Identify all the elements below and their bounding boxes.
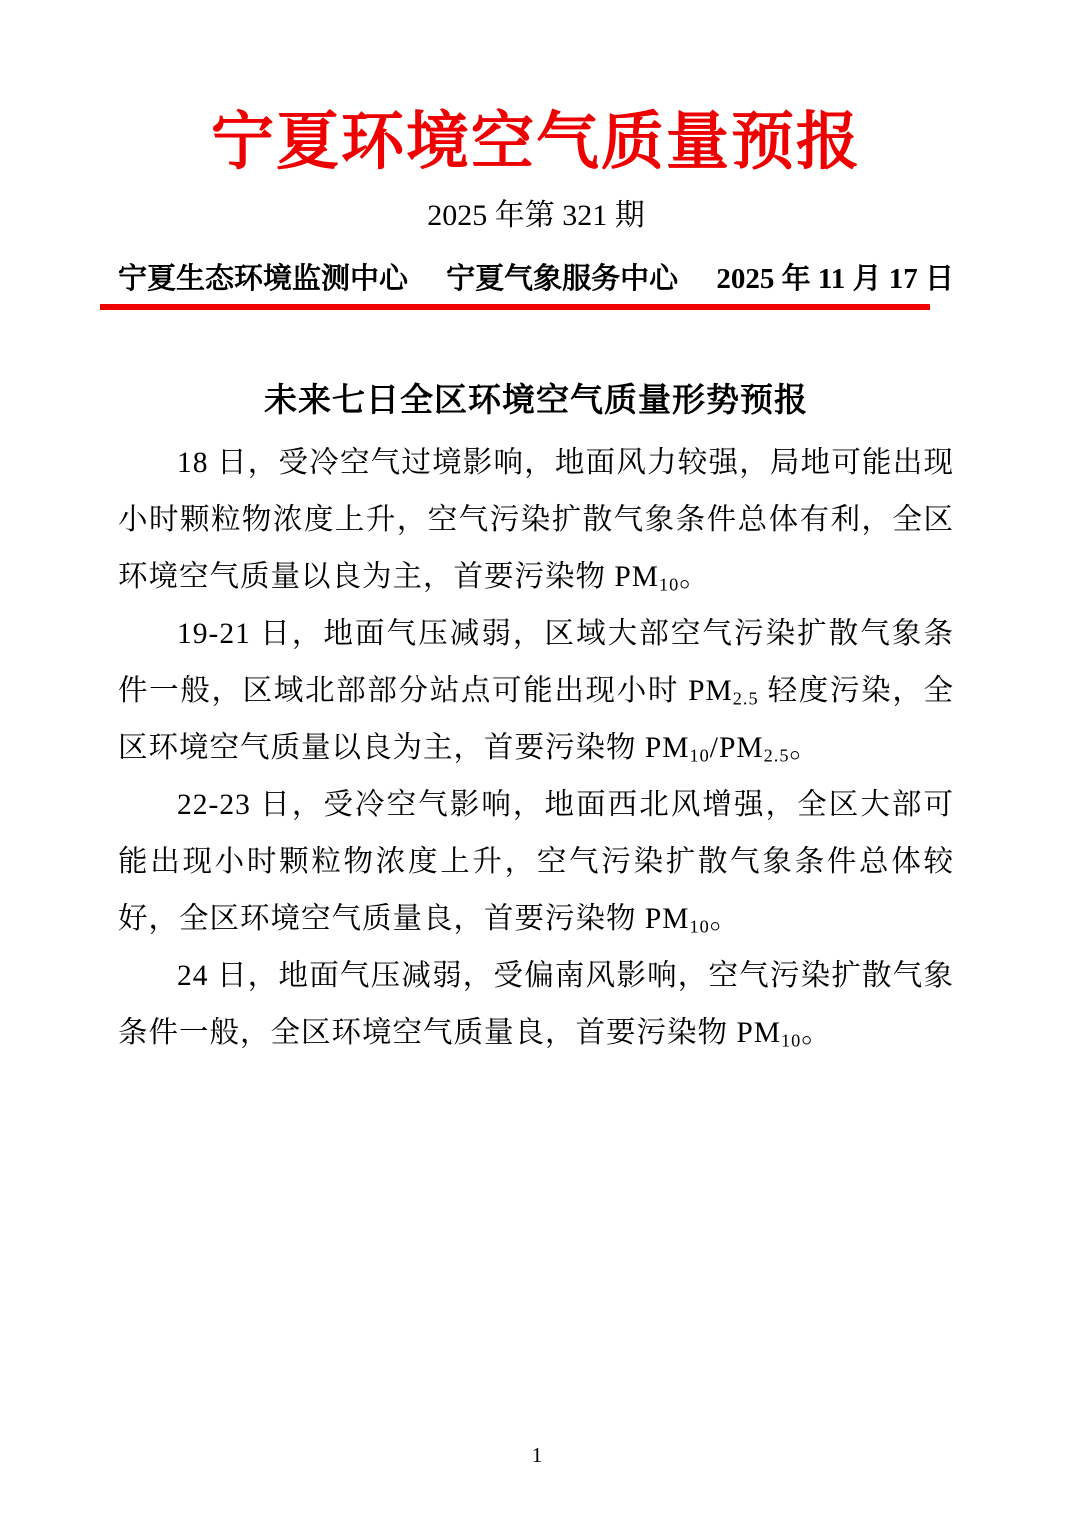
body-paragraphs: 18 日，受冷空气过境影响，地面风力较强，局地可能出现小时颗粒物浓度上升，空气污… (118, 435, 954, 1062)
forecast-paragraph: 18 日，受冷空气过境影响，地面风力较强，局地可能出现小时颗粒物浓度上升，空气污… (118, 435, 954, 606)
forecast-paragraph: 22-23 日，受冷空气影响，地面西北风增强，全区大部可能出现小时颗粒物浓度上升… (118, 777, 954, 948)
issue-date: 2025 年 11 月 17 日 (716, 256, 954, 297)
document-title: 宁夏环境空气质量预报 (118, 0, 954, 178)
forecast-paragraph: 19-21 日，地面气压减弱，区域大部空气污染扩散气象条件一般，区域北部部分站点… (118, 606, 954, 777)
issue-number: 2025 年第 321 期 (118, 190, 954, 234)
document-content: 宁夏环境空气质量预报 2025 年第 321 期 宁夏生态环境监测中心 宁夏气象… (0, 0, 1074, 1062)
page-number: 1 (0, 1443, 1074, 1468)
forecast-paragraph: 24 日，地面气压减弱，受偏南风影响，空气污染扩散气象条件一般，全区环境空气质量… (118, 948, 954, 1062)
publisher-left: 宁夏生态环境监测中心 (118, 256, 408, 297)
document-page: 宁夏环境空气质量预报 2025 年第 321 期 宁夏生态环境监测中心 宁夏气象… (0, 0, 1074, 1520)
red-divider-rule (100, 304, 930, 310)
publisher-center: 宁夏气象服务中心 (446, 256, 678, 297)
section-title: 未来七日全区环境空气质量形势预报 (118, 374, 954, 421)
publisher-row: 宁夏生态环境监测中心 宁夏气象服务中心 2025 年 11 月 17 日 (118, 256, 954, 297)
